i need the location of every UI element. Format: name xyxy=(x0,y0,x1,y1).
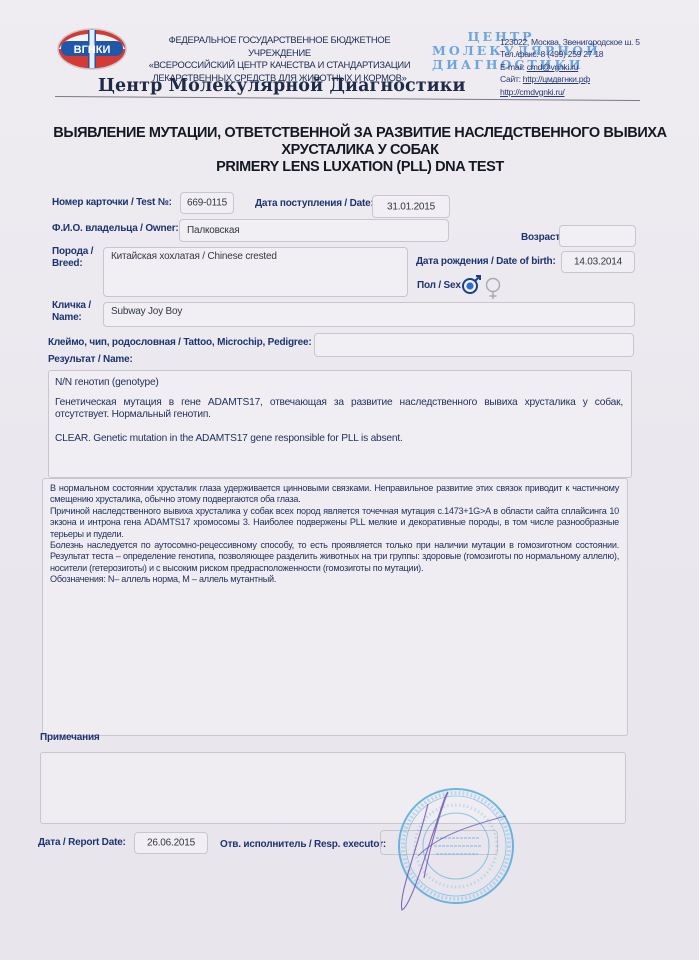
owner-field[interactable]: Палковская xyxy=(179,219,449,242)
test-no-field[interactable]: 669-0115 xyxy=(180,192,234,214)
result-genotype: N/N генотип (genotype) xyxy=(55,377,623,389)
dob-value: 14.03.2014 xyxy=(562,257,634,268)
result-box: N/N генотип (genotype) Генетическая мута… xyxy=(48,370,632,478)
result-text-en: CLEAR. Genetic mutation in the ADAMTS17 … xyxy=(55,433,623,445)
document-page: ВГНКИ ФЕДЕРАЛЬНОЕ ГОСУДАРСТВЕННОЕ БЮДЖЕТ… xyxy=(0,0,699,960)
breed-field[interactable]: Китайская хохлатая / Chinese crested xyxy=(103,247,408,297)
name-label: Кличка / Name: xyxy=(52,300,91,324)
site-row: Сайт: http://цмдвгнки.рф xyxy=(500,73,640,85)
owner-value: Палковская xyxy=(187,225,239,236)
report-date-value: 26.06.2015 xyxy=(135,838,207,849)
sex-label: Пол / Sex xyxy=(417,280,461,292)
dob-field[interactable]: 14.03.2014 xyxy=(561,251,635,273)
male-radio-icon[interactable] xyxy=(461,274,483,296)
contacts-block: 123022, Москва, Звенигородское ш. 5 Тел.… xyxy=(500,36,640,98)
test-no-label: Номер карточки / Test №: xyxy=(52,197,172,209)
description-paragraph: В нормальном состоянии хрусталик глаза у… xyxy=(50,483,619,506)
executor-label: Отв. исполнитель / Resp. executor: xyxy=(220,839,386,851)
org-line: «ВСЕРОССИЙСКИЙ ЦЕНТР КАЧЕСТВА И СТАНДАРТ… xyxy=(142,59,417,72)
female-radio-icon[interactable] xyxy=(485,277,501,301)
org-line: ФЕДЕРАЛЬНОЕ ГОСУДАРСТВЕННОЕ БЮДЖЕТНОЕ УЧ… xyxy=(142,34,417,59)
name-label-en: Name: xyxy=(52,312,91,324)
phone: Тел./факс: 8 (499) 259 27 18 xyxy=(500,48,640,60)
tattoo-field[interactable] xyxy=(314,333,634,357)
owner-label: Ф.И.О. владельца / Owner: xyxy=(52,223,179,235)
document-title: ВЫЯВЛЕНИЕ МУТАЦИИ, ОТВЕТСТВЕННОЙ ЗА РАЗВ… xyxy=(40,125,680,176)
result-text-ru: Генетическая мутация в гене ADAMTS17, от… xyxy=(55,397,623,420)
description-paragraph: Болезнь наследуется по аутосомно-рецесси… xyxy=(50,540,619,574)
date-value: 31.01.2015 xyxy=(373,201,449,212)
site2-row: http://cmdvgnki.ru/ xyxy=(500,86,640,98)
center-name: Центр Молекулярной Диагностики xyxy=(98,76,466,96)
description-box: В нормальном состоянии хрусталик глаза у… xyxy=(42,478,628,736)
tattoo-label: Клеймо, чип, родословная / Tattoo, Micro… xyxy=(48,337,311,349)
title-line: ХРУСТАЛИКА У СОБАК xyxy=(40,142,680,159)
notes-label: Примечания xyxy=(40,732,100,744)
dog-name-field[interactable]: Subway Joy Boy xyxy=(103,302,635,327)
vgnki-logo-icon: ВГНКИ xyxy=(57,27,127,71)
name-label-ru: Кличка / xyxy=(52,300,91,312)
site-label: Сайт: xyxy=(500,74,523,84)
result-label: Результат / Name: xyxy=(48,354,133,366)
address: 123022, Москва, Звенигородское ш. 5 xyxy=(500,36,640,48)
report-date-field[interactable]: 26.06.2015 xyxy=(134,832,208,854)
site-link[interactable]: http://цмдвгнки.рф xyxy=(523,74,590,84)
dob-label: Дата рождения / Date of birth: xyxy=(416,256,556,268)
description-text: В нормальном состоянии хрусталик глаза у… xyxy=(50,483,619,586)
notes-field[interactable] xyxy=(40,752,626,824)
email-label: E-mail: xyxy=(500,62,527,72)
breed-label-ru: Порода / xyxy=(52,246,93,258)
breed-value: Китайская хохлатая / Chinese crested xyxy=(111,251,277,262)
email-row: E-mail: cmd@vgnki.ru xyxy=(500,61,640,73)
title-line: PRIMERY LENS LUXATION (PLL) DNA TEST xyxy=(40,159,680,176)
official-seal-icon xyxy=(388,786,518,914)
breed-label: Порода / Breed: xyxy=(52,246,93,270)
site2-link[interactable]: http://cmdvgnki.ru/ xyxy=(500,87,565,97)
breed-label-en: Breed: xyxy=(52,258,93,270)
svg-text:ВГНКИ: ВГНКИ xyxy=(74,44,111,56)
report-date-label: Дата / Report Date: xyxy=(38,837,126,849)
description-paragraph: Причиной наследственного вывиха хрустали… xyxy=(50,506,619,540)
age-field[interactable] xyxy=(559,225,636,247)
age-label: Возраст xyxy=(521,232,560,244)
dog-name-value: Subway Joy Boy xyxy=(111,306,182,317)
email-link[interactable]: cmd@vgnki.ru xyxy=(527,62,578,72)
date-field[interactable]: 31.01.2015 xyxy=(372,195,450,218)
test-no-value: 669-0115 xyxy=(181,198,233,209)
date-label: Дата поступления / Date: xyxy=(255,198,374,210)
description-paragraph: Обозначения: N– аллель норма, M – аллель… xyxy=(50,574,619,585)
title-line: ВЫЯВЛЕНИЕ МУТАЦИИ, ОТВЕТСТВЕННОЙ ЗА РАЗВ… xyxy=(40,125,680,142)
